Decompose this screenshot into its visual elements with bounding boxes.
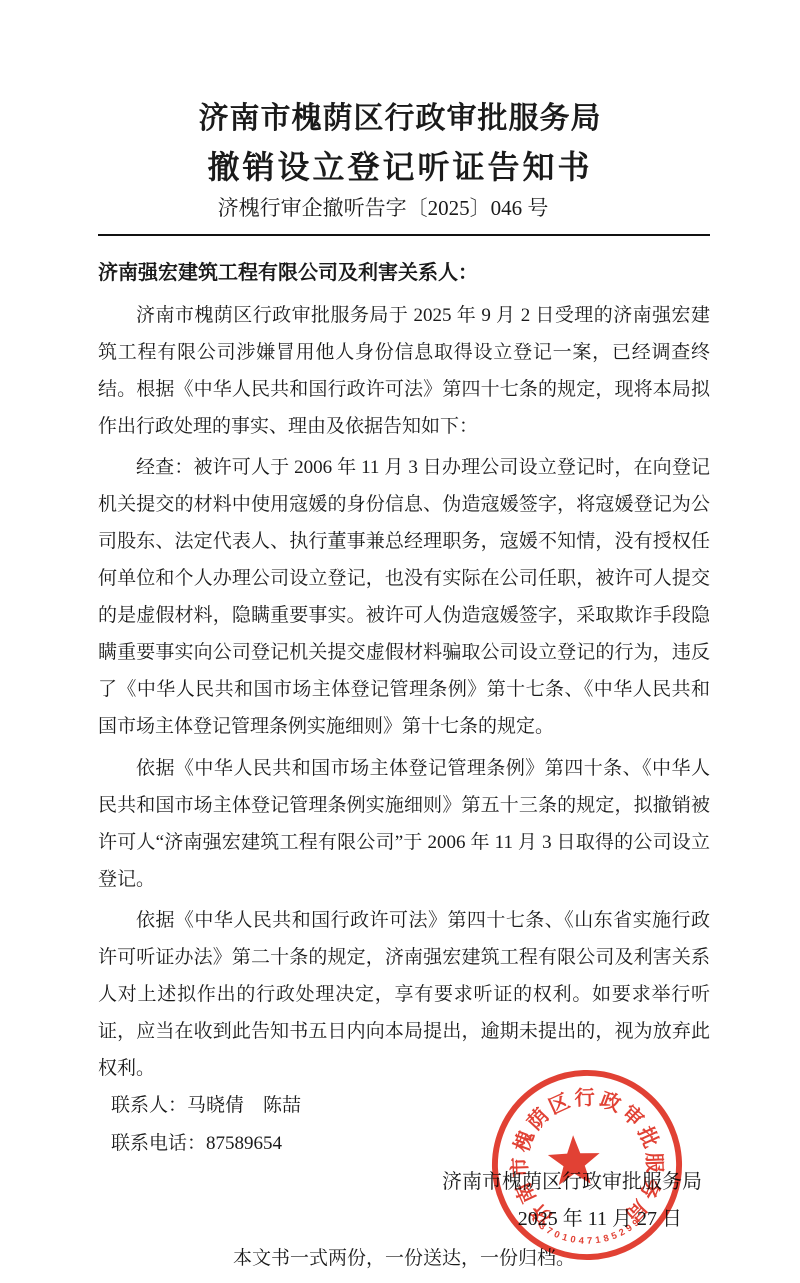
paragraph-findings: 经查：被许可人于 2006 年 11 月 3 日办理公司设立登记时，在向登记机关…	[98, 449, 710, 745]
document-number: 济槐行审企撤听告字〔2025〕046 号	[0, 192, 800, 225]
paragraph-case-intro: 济南市槐荫区行政审批服务局于 2025 年 9 月 2 日受理的济南强宏建筑工程…	[98, 297, 710, 445]
paragraph-proposed-decision: 依据《中华人民共和国市场主体登记管理条例》第四十条、《中华人民共和国市场主体登记…	[98, 750, 710, 898]
document-body: 济南强宏建筑工程有限公司及利害关系人： 济南市槐荫区行政审批服务局于 2025 …	[98, 254, 710, 1275]
title-divider	[98, 234, 710, 236]
document-title-line2: 撤销设立登记听证告知书	[0, 142, 800, 192]
document-page: 济南市槐荫区行政审批服务局 撤销设立登记听证告知书 济槐行审企撤听告字〔2025…	[0, 0, 800, 1283]
paragraph-hearing-rights: 依据《中华人民共和国行政许可法》第四十七条、《山东省实施行政许可听证办法》第二十…	[98, 902, 710, 1087]
contact-phone-line: 联系电话：87589654	[98, 1125, 710, 1163]
signoff-block: 济南市槐荫区行政审批服务局 2025 年 11 月 27 日	[98, 1164, 710, 1238]
issuing-authority: 济南市槐荫区行政审批服务局	[98, 1164, 710, 1201]
document-title-line1: 济南市槐荫区行政审批服务局	[0, 0, 800, 142]
distribution-note: 本文书一式两份，一份送达，一份归档。	[98, 1243, 710, 1275]
addressee-line: 济南强宏建筑工程有限公司及利害关系人：	[98, 254, 710, 292]
issue-date: 2025 年 11 月 27 日	[98, 1201, 710, 1238]
contact-person-line: 联系人：马晓倩 陈喆	[98, 1087, 710, 1125]
